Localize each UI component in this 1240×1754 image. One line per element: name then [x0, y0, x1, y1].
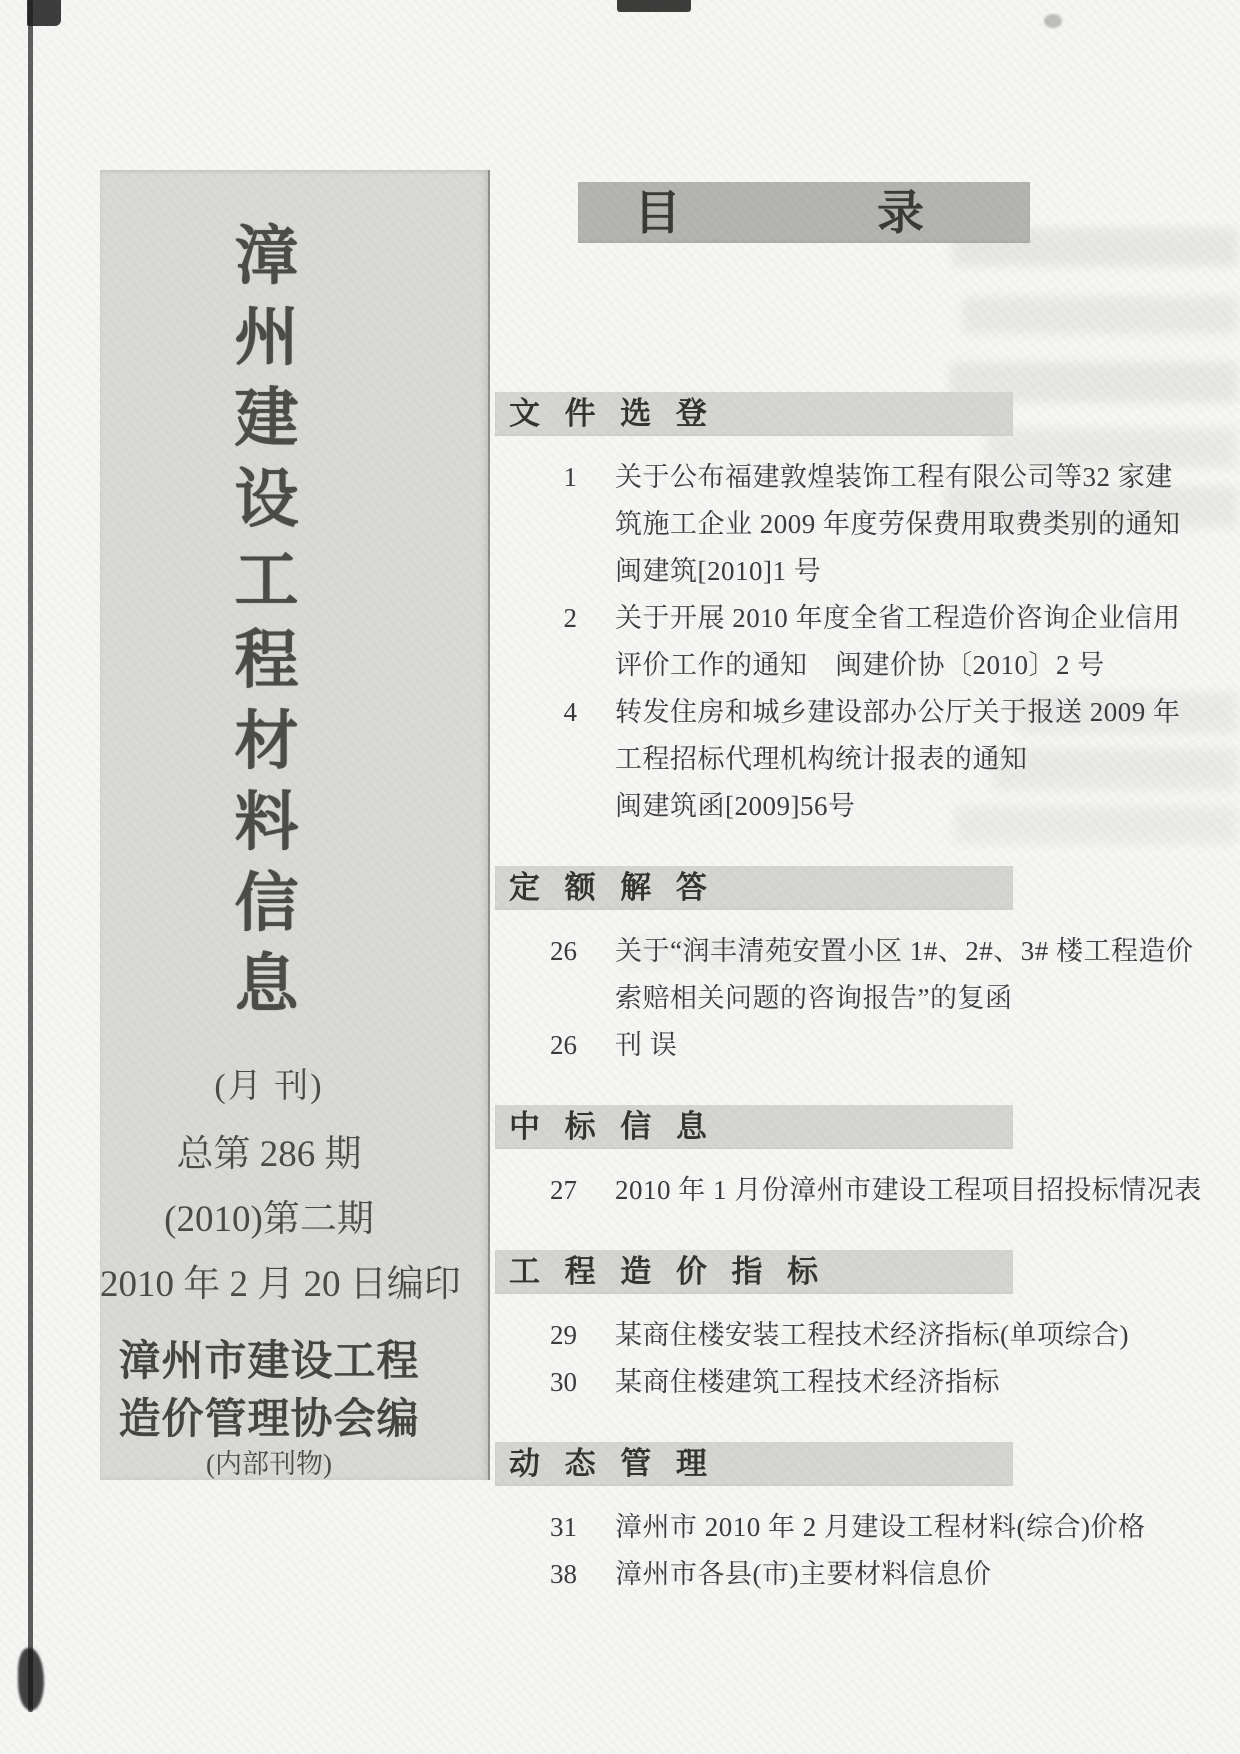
toc-item-text-line: 索赔相关问题的咨询报告”的复函: [615, 975, 1193, 1022]
toc-item-text-line: 漳州市各县(市)主要材料信息价: [615, 1551, 991, 1598]
cover-title-char: 设: [235, 468, 299, 532]
toc-item-text-line: 漳州市 2010 年 2 月建设工程材料(综合)价格: [615, 1504, 1145, 1551]
cover-publisher-line1: 漳州市建设工程: [100, 1328, 438, 1388]
magazine-cover-panel: 漳州建设工程材料信息 (月 刊) 总第 286 期 (2010)第二期 2010…: [100, 170, 490, 1480]
toc-item-text-line: 评价工作的通知 闽建价协〔2010〕2 号: [615, 642, 1181, 689]
toc-item: 26刊 误: [495, 1022, 1040, 1069]
cover-title-char: 漳: [235, 225, 299, 289]
cover-issue-total: 总第 286 期: [100, 1123, 438, 1177]
toc-item: 30某商住楼建筑工程技术经济指标: [495, 1359, 1040, 1406]
toc-item-text: 刊 误: [615, 1022, 677, 1069]
toc-item-page-number: 29: [495, 1312, 577, 1359]
toc-item-page-number: 31: [495, 1504, 577, 1551]
cover-title-char: 料: [235, 791, 299, 855]
toc-item: 2关于开展 2010 年度全省工程造价咨询企业信用评价工作的通知 闽建价协〔20…: [495, 595, 1040, 689]
toc-section: 中 标 信 息272010 年 1 月份漳州市建设工程项目招投标情况表: [495, 1105, 1040, 1214]
toc-section: 定 额 解 答26关于“润丰清苑安置小区 1#、2#、3# 楼工程造价索赔相关问…: [495, 866, 1040, 1069]
toc-item-text: 某商住楼安装工程技术经济指标(单项综合): [615, 1312, 1129, 1359]
toc-item-text: 漳州市各县(市)主要材料信息价: [615, 1551, 991, 1598]
cover-title-char: 材: [235, 710, 299, 774]
toc-item-text-line: 某商住楼建筑工程技术经济指标: [615, 1359, 1000, 1406]
scan-corner-mark: [27, 0, 61, 26]
scanned-page: { "colors": { "page_bg": "#f6f6f4", "cov…: [0, 0, 1240, 1754]
toc-item-text-line: 关于开展 2010 年度全省工程造价咨询企业信用: [615, 595, 1181, 642]
cover-title-char: 信: [235, 872, 299, 936]
toc-item-page-number: 26: [495, 1022, 577, 1069]
toc-title-char-right: 录: [877, 189, 924, 236]
scan-smudge: [1044, 14, 1062, 28]
bleed-through-artifact: [962, 296, 1238, 334]
toc-item-text-line: 关于“润丰清苑安置小区 1#、2#、3# 楼工程造价: [615, 928, 1193, 975]
toc-item: 29某商住楼安装工程技术经济指标(单项综合): [495, 1312, 1040, 1359]
toc-item-text: 转发住房和城乡建设部办公厅关于报送 2009 年工程招标代理机构统计报表的通知闽…: [615, 689, 1181, 830]
toc-item-text-line: 筑施工企业 2009 年度劳保费用取费类别的通知: [615, 501, 1181, 548]
toc-item-page-number: 1: [495, 454, 577, 501]
toc-item: 38漳州市各县(市)主要材料信息价: [495, 1551, 1040, 1598]
toc-section-header: 文 件 选 登: [495, 392, 1013, 436]
toc-item: 31漳州市 2010 年 2 月建设工程材料(综合)价格: [495, 1504, 1040, 1551]
toc-section: 动 态 管 理31漳州市 2010 年 2 月建设工程材料(综合)价格38漳州市…: [495, 1442, 1040, 1598]
cover-monthly-label: (月 刊): [100, 1058, 438, 1107]
cover-print-date: 2010 年 2 月 20 日编印: [100, 1253, 438, 1307]
cover-title-char: 程: [235, 629, 299, 693]
scan-bottom-mark: [18, 1648, 44, 1710]
toc-item-page-number: 26: [495, 928, 577, 975]
toc-section: 工 程 造 价 指 标29某商住楼安装工程技术经济指标(单项综合)30某商住楼建…: [495, 1250, 1040, 1406]
toc-item-text: 某商住楼建筑工程技术经济指标: [615, 1359, 1000, 1406]
toc-section-header: 动 态 管 理: [495, 1442, 1013, 1486]
cover-title-char: 工: [235, 549, 299, 613]
toc-item-text: 关于开展 2010 年度全省工程造价咨询企业信用评价工作的通知 闽建价协〔201…: [615, 595, 1181, 689]
toc-item-page-number: 27: [495, 1167, 577, 1214]
toc-body: 文 件 选 登1关于公布福建敦煌装饰工程有限公司等32 家建筑施工企业 2009…: [495, 392, 1040, 1598]
toc-item: 4转发住房和城乡建设部办公厅关于报送 2009 年工程招标代理机构统计报表的通知…: [495, 689, 1040, 830]
cover-internal-note: (内部刊物): [100, 1442, 438, 1481]
toc-item-text-line: 关于公布福建敦煌装饰工程有限公司等32 家建: [615, 454, 1181, 501]
scan-edge-line: [28, 0, 33, 1712]
toc-item-text: 关于公布福建敦煌装饰工程有限公司等32 家建筑施工企业 2009 年度劳保费用取…: [615, 454, 1181, 595]
toc-section-header: 工 程 造 价 指 标: [495, 1250, 1013, 1294]
cover-title-char: 建: [235, 387, 299, 451]
toc-item-text-line: 工程招标代理机构统计报表的通知: [615, 736, 1181, 783]
toc-item-text-line: 2010 年 1 月份漳州市建设工程项目招投标情况表: [615, 1167, 1202, 1214]
toc-item-text-line: 闽建筑[2010]1 号: [615, 548, 1181, 595]
toc-item-text: 漳州市 2010 年 2 月建设工程材料(综合)价格: [615, 1504, 1145, 1551]
cover-title: 漳州建设工程材料信息: [100, 225, 433, 1017]
toc-item-text-line: 刊 误: [615, 1022, 677, 1069]
cover-publisher-line2: 造价管理协会编: [100, 1386, 438, 1446]
toc-item-page-number: 38: [495, 1551, 577, 1598]
toc-item: 1关于公布福建敦煌装饰工程有限公司等32 家建筑施工企业 2009 年度劳保费用…: [495, 454, 1040, 595]
toc-item-text-line: 转发住房和城乡建设部办公厅关于报送 2009 年: [615, 689, 1181, 736]
toc-item-page-number: 30: [495, 1359, 577, 1406]
toc-title-char-left: 目: [634, 189, 681, 236]
toc-title-bar: 目 录: [578, 182, 1030, 243]
toc-item-text: 2010 年 1 月份漳州市建设工程项目招投标情况表: [615, 1167, 1202, 1214]
cover-issue-year: (2010)第二期: [100, 1188, 438, 1242]
cover-title-char: 息: [235, 953, 299, 1017]
scan-top-mark: [617, 0, 691, 12]
toc-item-text-line: 闽建筑函[2009]56号: [615, 783, 1181, 830]
toc-section: 文 件 选 登1关于公布福建敦煌装饰工程有限公司等32 家建筑施工企业 2009…: [495, 392, 1040, 830]
page-background: 漳州建设工程材料信息 (月 刊) 总第 286 期 (2010)第二期 2010…: [0, 0, 1240, 1754]
toc-section-header: 中 标 信 息: [495, 1105, 1013, 1149]
cover-title-char: 州: [235, 306, 299, 370]
toc-item-page-number: 4: [495, 689, 577, 736]
toc-item: 272010 年 1 月份漳州市建设工程项目招投标情况表: [495, 1167, 1040, 1214]
toc-item-text-line: 某商住楼安装工程技术经济指标(单项综合): [615, 1312, 1129, 1359]
toc-item: 26关于“润丰清苑安置小区 1#、2#、3# 楼工程造价索赔相关问题的咨询报告”…: [495, 928, 1040, 1022]
toc-section-header: 定 额 解 答: [495, 866, 1013, 910]
toc-item-text: 关于“润丰清苑安置小区 1#、2#、3# 楼工程造价索赔相关问题的咨询报告”的复…: [615, 928, 1193, 1022]
toc-item-page-number: 2: [495, 595, 577, 642]
